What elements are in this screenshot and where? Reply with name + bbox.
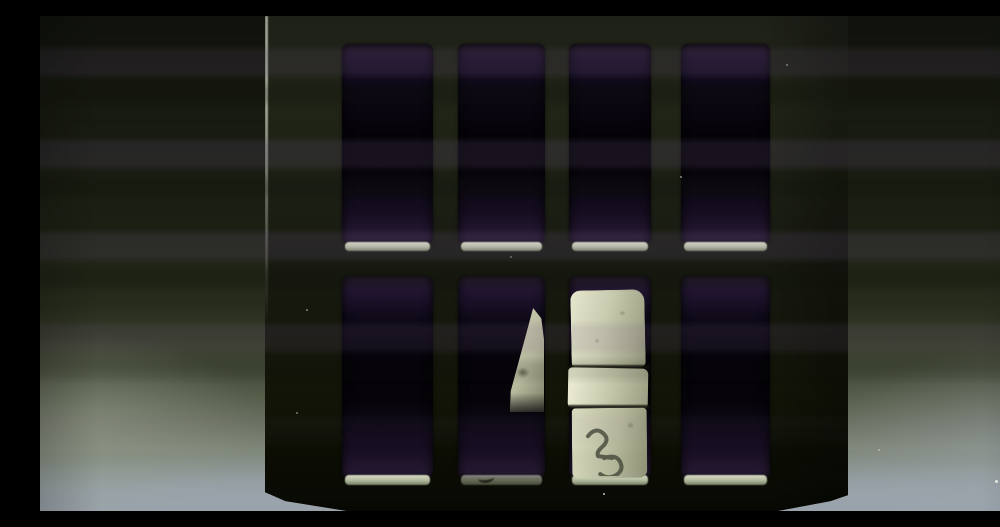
fixture-edge-highlight (265, 16, 268, 323)
slot-lip (684, 242, 767, 251)
slot-lip (461, 242, 542, 251)
slot-lip (345, 242, 430, 251)
ingot-block-bottom (572, 408, 648, 479)
slot-top-2 (458, 44, 545, 244)
fixture-right-shading (762, 16, 848, 511)
slot-bottom-1 (342, 276, 433, 478)
ingot-block-top (570, 289, 646, 369)
dust-speck (680, 176, 682, 178)
sample-fixture (265, 16, 848, 511)
slot-top-1 (342, 44, 433, 244)
slot-lip (684, 475, 767, 485)
slot-top-3 (569, 44, 651, 244)
dust-speck (296, 412, 298, 414)
dust-speck (786, 64, 788, 66)
dust-speck (510, 256, 512, 258)
ingot-block-middle (568, 367, 649, 408)
dust-speck (306, 309, 308, 311)
ingot-stack (568, 288, 650, 478)
slot-lip (345, 475, 430, 485)
slot-bottom-4 (681, 276, 770, 478)
slot-lip (572, 242, 648, 251)
stamp-marks (574, 424, 644, 477)
slot-top-4 (681, 44, 770, 244)
slot-lip (461, 475, 542, 485)
photo-scene: Macro video still of a black eight-slot … (40, 16, 1000, 511)
dust-speck (995, 480, 998, 483)
dust-speck (878, 449, 880, 451)
